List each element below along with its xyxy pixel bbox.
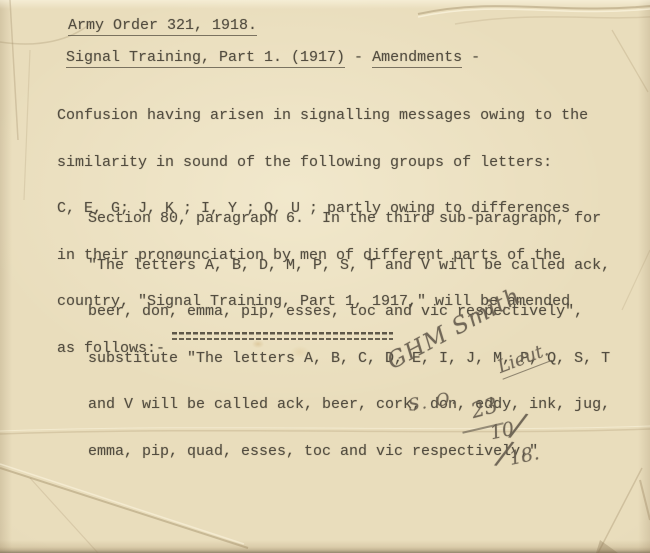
text-line: Section 80, paragraph 6. In the third su… [88, 211, 610, 227]
typed-divider-rule [172, 332, 393, 340]
text-line: and V will be called ack, beer, cork, do… [88, 397, 610, 413]
text-line: beer, don, emma, pip, esses, toc and vic… [88, 304, 610, 320]
subtitle-trailing-dash: - [462, 49, 480, 66]
document-title: Army Order 321, 1918. [68, 18, 257, 36]
subtitle-separator: - [345, 49, 372, 66]
text-line: Confusion having arisen in signalling me… [57, 108, 588, 124]
text-line: "The letters A, B, D, M, P, S, T and V w… [88, 258, 610, 274]
subtitle-main: Signal Training, Part 1. (1917) [66, 49, 345, 68]
document-subtitle: Signal Training, Part 1. (1917) - Amendm… [66, 50, 480, 66]
document-page: Army Order 321, 1918. Signal Training, P… [0, 0, 650, 553]
text-line: similarity in sound of the following gro… [57, 155, 588, 171]
subtitle-amendments: Amendments [372, 49, 462, 68]
